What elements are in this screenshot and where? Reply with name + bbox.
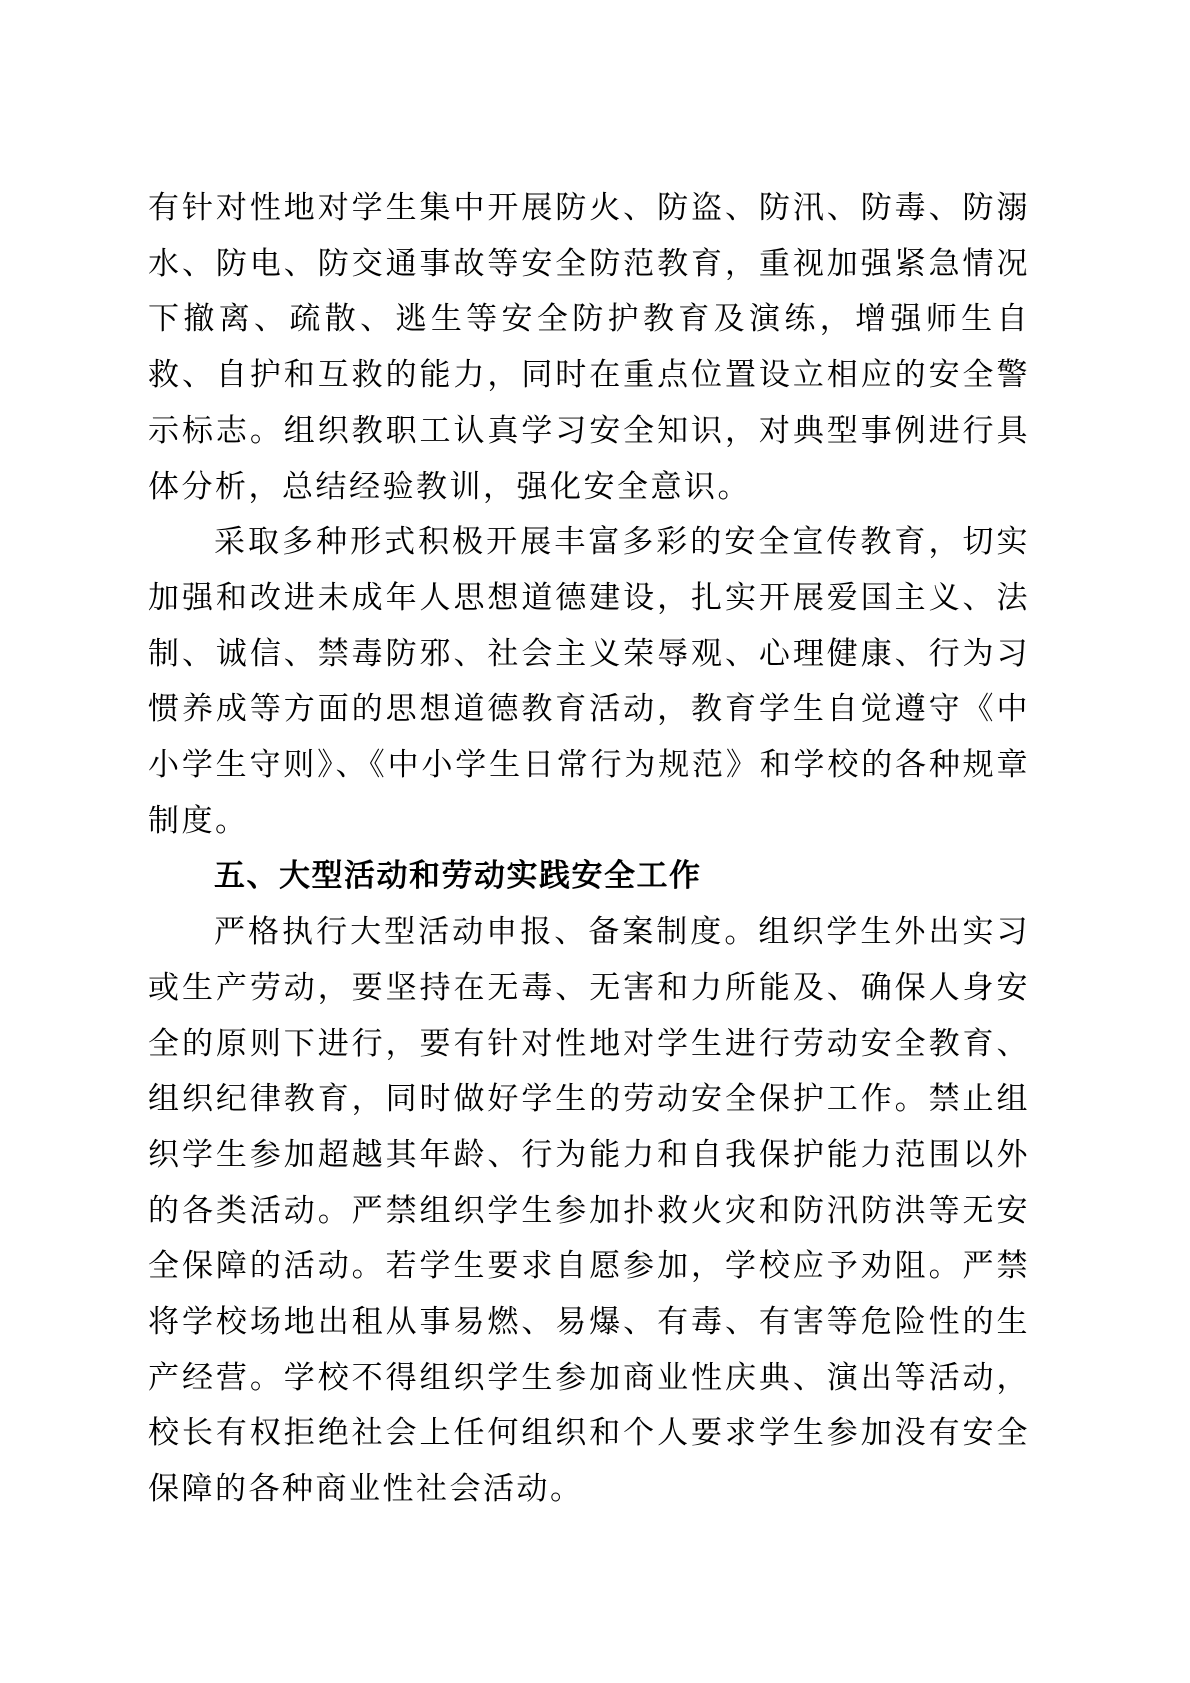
document-page: 有针对性地对学生集中开展防火、防盗、防汛、防毒、防溺水、防电、防交通事故等安全防… <box>0 0 1190 1683</box>
paragraph-moral-education: 采取多种形式积极开展丰富多彩的安全宣传教育，切实加强和改进未成年人思想道德建设，… <box>148 514 1030 848</box>
paragraph-large-activity-rules: 严格执行大型活动申报、备案制度。组织学生外出实习或生产劳动，要坚持在无毒、无害和… <box>148 904 1030 1517</box>
section-heading-large-activities: 五、大型活动和劳动实践安全工作 <box>148 848 1030 904</box>
document-text-block: 有针对性地对学生集中开展防火、防盗、防汛、防毒、防溺水、防电、防交通事故等安全防… <box>148 180 1030 1517</box>
paragraph-safety-education-continuation: 有针对性地对学生集中开展防火、防盗、防汛、防毒、防溺水、防电、防交通事故等安全防… <box>148 180 1030 514</box>
